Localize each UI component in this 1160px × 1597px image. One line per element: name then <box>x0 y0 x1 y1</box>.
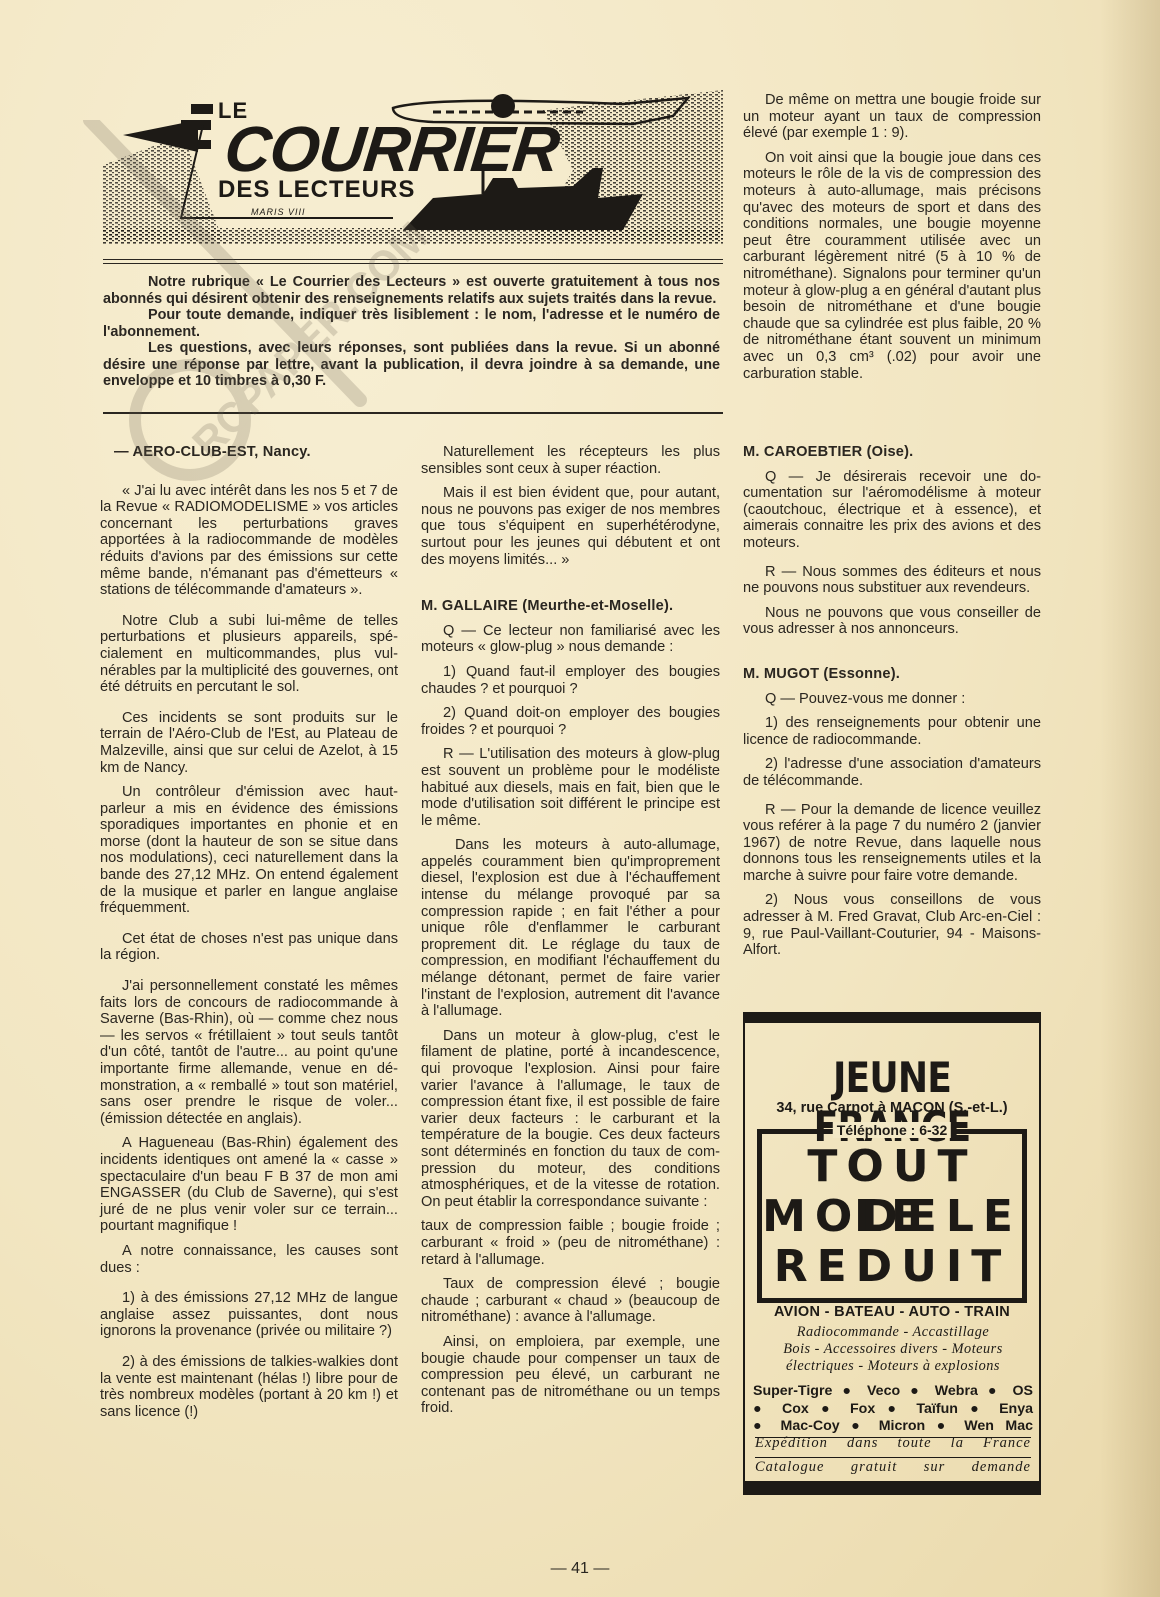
paragraph: Q — Je désirerais recevoir une do­cument… <box>743 469 1041 552</box>
courrier-banner: LE COURRIER DES LECTEURS MARIS VIII <box>103 90 723 250</box>
ad-products-line: Radiocommande - Accastillage <box>755 1324 1031 1341</box>
ad-phone: Téléphone : 6-32 <box>833 1122 951 1138</box>
jeune-france-advertisement: JEUNE FRANCE 34, rue Carnot à MACON (S.-… <box>743 1012 1041 1495</box>
letter-heading-caroebtier: M. CAROEBTIER (Oise). <box>743 444 1041 461</box>
paragraph: Q — Ce lecteur non familiarisé avec les … <box>421 623 720 656</box>
paragraph: 1) à des émissions 27,12 MHz de lan­gue … <box>100 1290 398 1340</box>
paragraph: J'ai personnellement constaté les mêmes … <box>100 978 398 1127</box>
banner-subtitle: DES LECTEURS <box>218 176 415 204</box>
ad-brands-line: Super-Tigre ● Veco ● Webra ● OS <box>753 1383 1033 1401</box>
paragraph: « J'ai lu avec intérêt dans les nos 5 et… <box>100 483 398 599</box>
column-1: — AERO-CLUB-EST, Nancy. « J'ai lu avec i… <box>100 444 398 1428</box>
paragraph: R — Pour la demande de licence veuil­lez… <box>743 802 1041 885</box>
paragraph: Mais il est bien évident que, pour autan… <box>421 485 720 568</box>
rule-top-2 <box>103 263 723 264</box>
ad-categories: AVION - BATEAU - AUTO - TRAIN <box>745 1304 1039 1320</box>
ad-brands-line: ● Mac-Coy ● Micron ● Wen Mac <box>753 1418 1033 1436</box>
letter-heading-aero-club-est: — AERO-CLUB-EST, Nancy. <box>100 444 398 461</box>
ad-address: 34, rue Carnot à MACON (S.-et-L.) <box>745 1100 1039 1116</box>
paragraph: taux de compression faible ; bou­gie fro… <box>421 1218 720 1268</box>
paragraph: 2) Nous vous conseillons de vous adresse… <box>743 892 1041 958</box>
paragraph: Un contrôleur d'émission avec haut-parle… <box>100 784 398 917</box>
column3-top-text: De même on mettra une bougie froide sur … <box>743 92 1041 390</box>
paragraph: Ainsi, on emploiera, par exemple, une bo… <box>421 1334 720 1417</box>
ad-slogan-box: Téléphone : 6-32 TOUT LE MODELE REDUIT <box>757 1129 1027 1303</box>
paragraph: Dans les moteurs à auto-allumage, appelé… <box>421 837 720 1020</box>
rule-top-1 <box>103 259 723 260</box>
paragraph: 1) des renseignements pour obtenir une l… <box>743 715 1041 748</box>
ad-separator <box>755 1457 1031 1458</box>
rule-intro-bottom <box>103 412 723 414</box>
intro-paragraph: Pour toute demande, indiquer très lisibl… <box>103 307 720 340</box>
column-2: Naturellement les récepteurs les plus se… <box>421 444 720 1425</box>
paragraph: 2) Quand doit-on employer des bou­gies f… <box>421 705 720 738</box>
letter-heading-gallaire: M. GALLAIRE (Meurthe-et-Moselle). <box>421 598 720 615</box>
ad-slogan-line: MODELE <box>762 1192 1022 1242</box>
letter-heading-mugot: M. MUGOT (Essonne). <box>743 666 1041 683</box>
ad-products-line: électriques - Moteurs à explosions <box>755 1358 1031 1375</box>
page-edge-shadow <box>1100 0 1160 1597</box>
intro-paragraph: Notre rubrique « Le Courrier des Lecteur… <box>103 274 720 307</box>
ad-brands-line: ● Cox ● Fox ● Taïfun ● Enya <box>753 1401 1033 1419</box>
ad-slogan-line: REDUIT <box>762 1242 1022 1292</box>
ad-shipping: Expédition dans toute la France <box>755 1435 1031 1452</box>
paragraph: Ces incidents se sont produits sur le te… <box>100 710 398 776</box>
paragraph: Q — Pouvez-vous me donner : <box>743 691 1041 708</box>
ad-products-line: Bois - Accessoires divers - Moteurs <box>755 1341 1031 1358</box>
intro-notice: Notre rubrique « Le Courrier des Lecteur… <box>103 274 720 390</box>
ad-brands: Super-Tigre ● Veco ● Webra ● OS ● Cox ● … <box>753 1383 1033 1436</box>
column-3: M. CAROEBTIER (Oise). Q — Je désirerais … <box>743 444 1041 967</box>
banner-title: COURRIER <box>221 112 562 186</box>
page-number: — 41 — <box>0 1560 1160 1578</box>
ad-catalogue: Catalogue gratuit sur demande <box>755 1459 1031 1476</box>
paragraph: De même on mettra une bougie froide sur … <box>743 92 1041 142</box>
paragraph: Taux de compression élevé ; bougie chaud… <box>421 1276 720 1326</box>
banner-signature: MARIS VIII <box>251 207 306 217</box>
paragraph: Naturellement les récepteurs les plus se… <box>421 444 720 477</box>
paragraph: Cet état de choses n'est pas unique dans… <box>100 931 398 964</box>
paragraph: A Hagueneau (Bas-Rhin) également des inc… <box>100 1135 398 1235</box>
paragraph: A notre connaissance, les causes sont du… <box>100 1243 398 1276</box>
paragraph: R — Nous sommes des éditeurs et nous ne … <box>743 564 1041 597</box>
paragraph: Dans un moteur à glow-plug, c'est le fil… <box>421 1028 720 1211</box>
paragraph: 1) Quand faut-il employer des bou­gies c… <box>421 664 720 697</box>
paragraph: 2) l'adresse d'une association d'ama­teu… <box>743 756 1041 789</box>
paragraph: On voit ainsi que la bougie joue dans ce… <box>743 150 1041 382</box>
paragraph: 2) à des émissions de talkies-walkies do… <box>100 1354 398 1420</box>
paragraph: Nous ne pouvons que vous conseiller de v… <box>743 605 1041 638</box>
paragraph: R — L'utilisation des moteurs à glow-plu… <box>421 746 720 829</box>
intro-paragraph: Les questions, avec leurs réponses, sont… <box>103 340 720 390</box>
paragraph: Notre Club a subi lui-même de telles per… <box>100 613 398 696</box>
